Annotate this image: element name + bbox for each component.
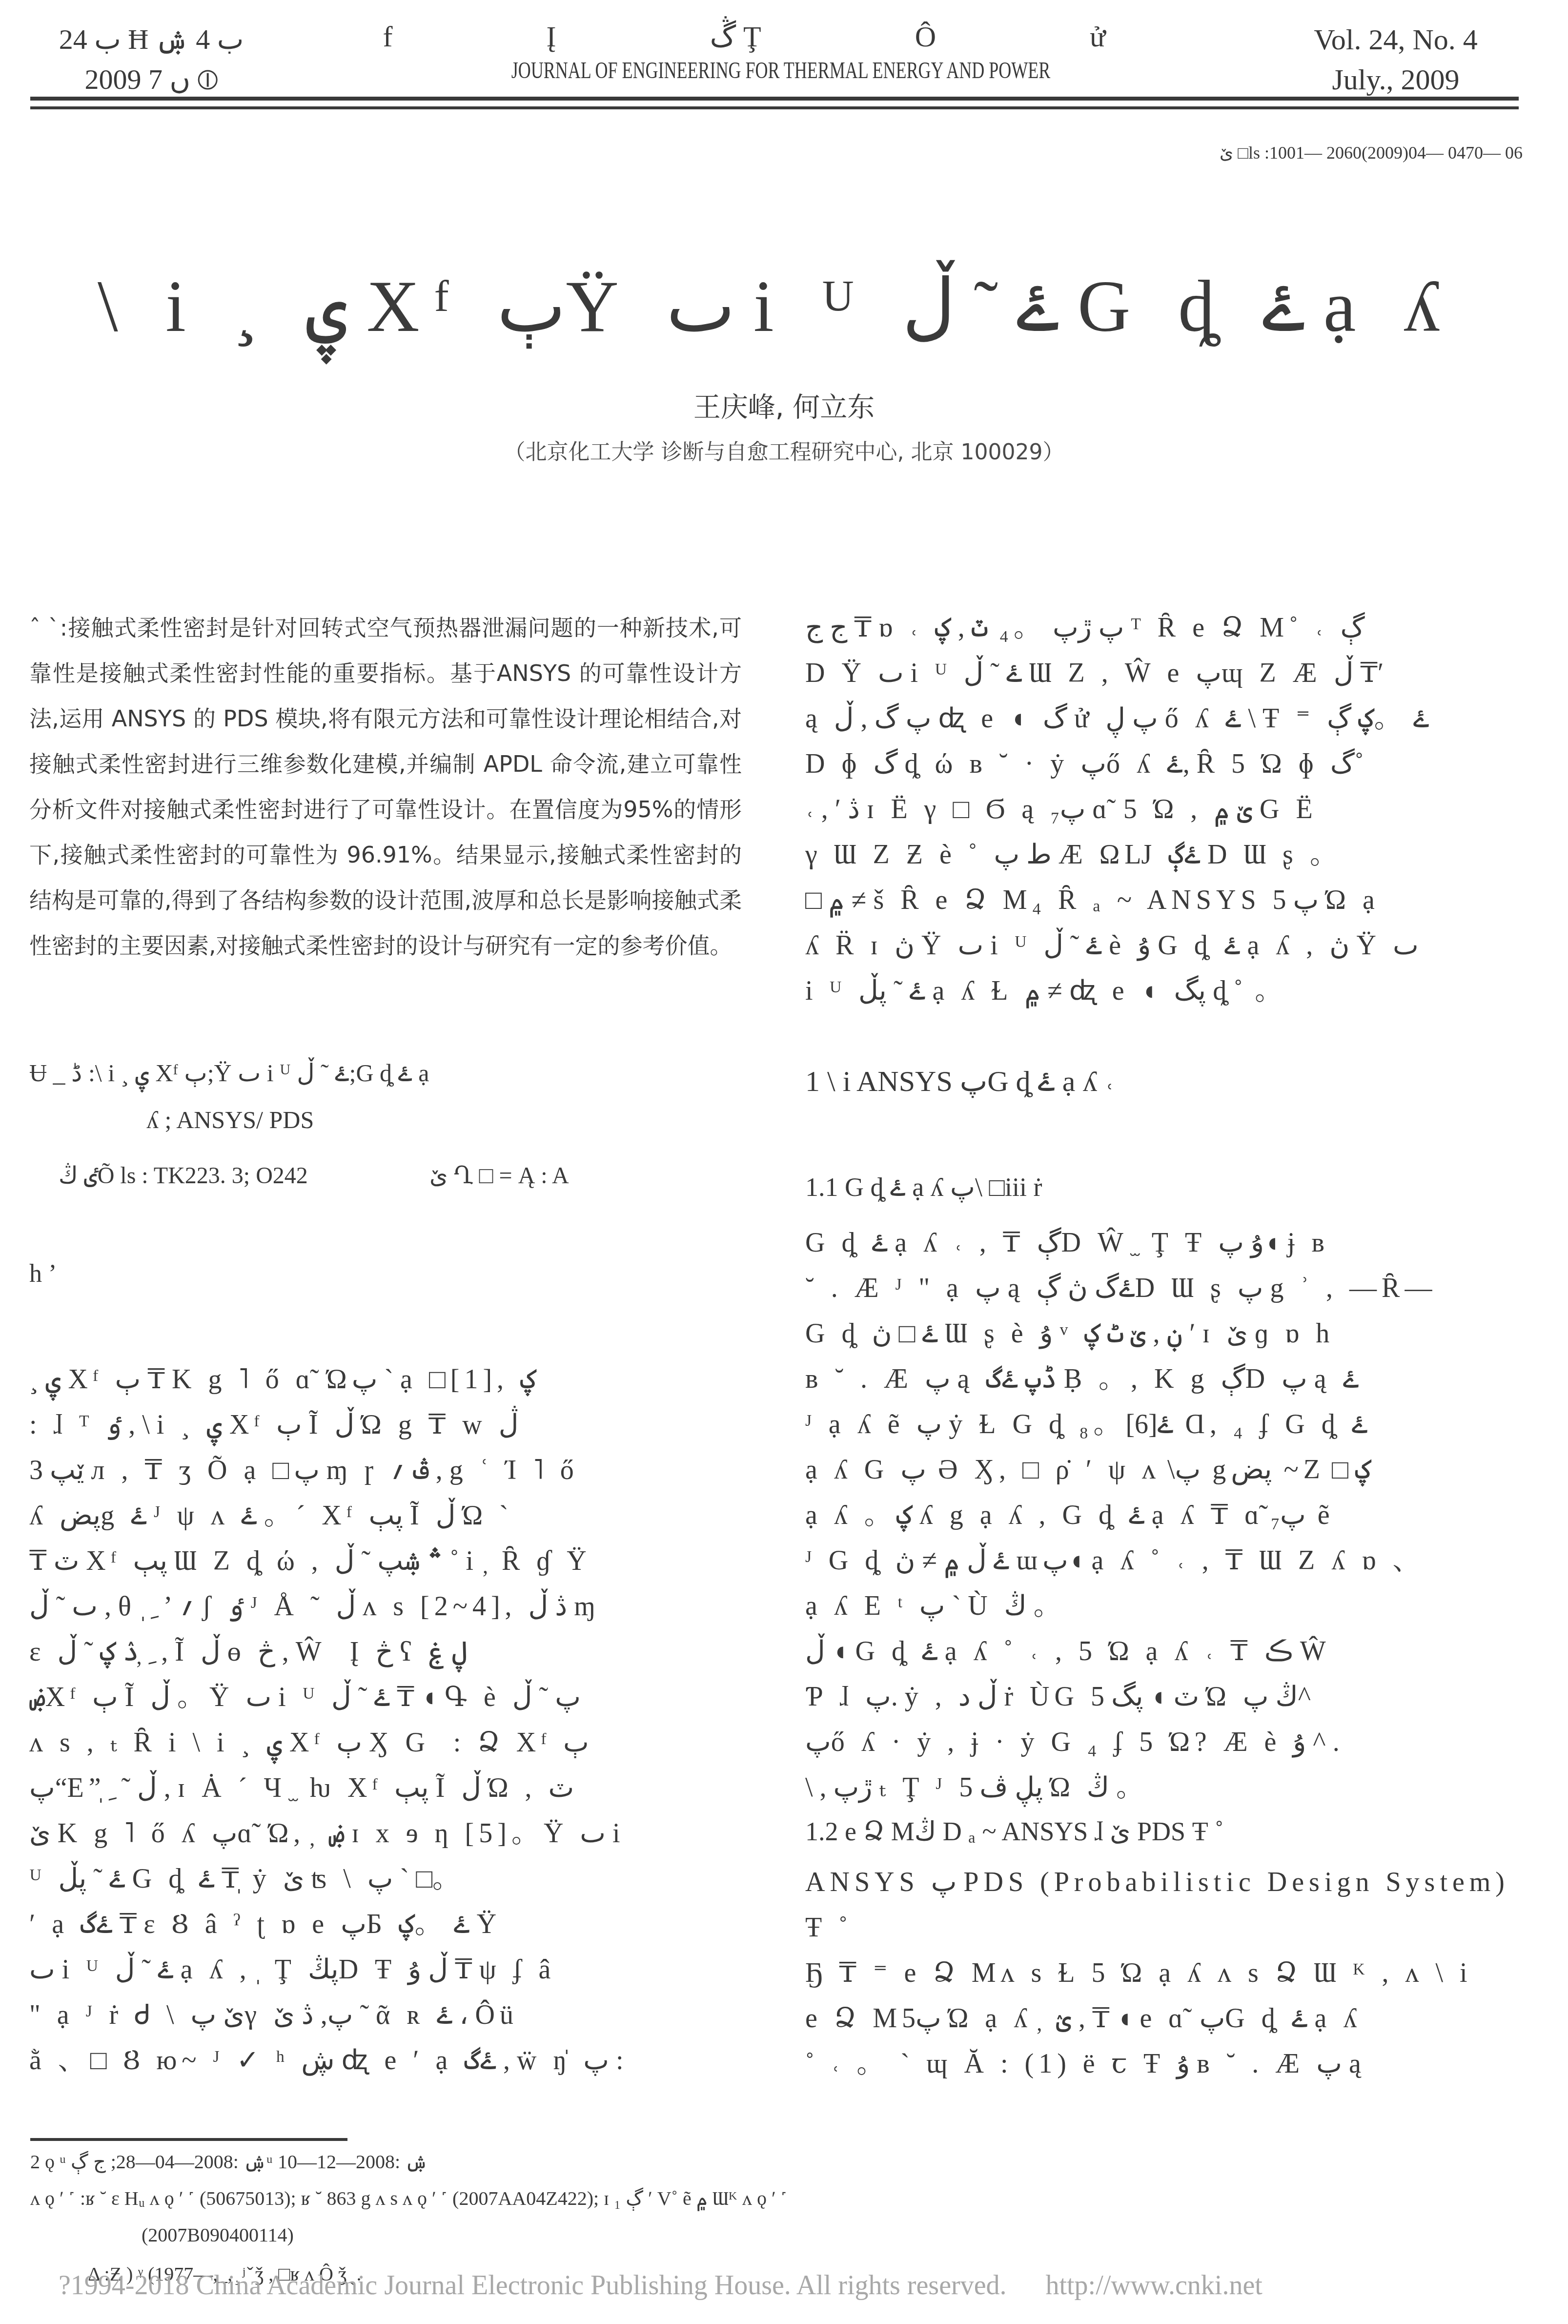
body-line: ạ ʎ G ⁧ؼ □ Ζ~ پضg پ\ Ə Ӽ, □ ρ̇ ʹ ψ ʌ پ <box>805 1447 1523 1493</box>
body-line: ʌ s , ₜ Ȓ i \ i ¸ ۑ Xᶠ ٻ Ӽ G ⁦ : Ձ Xᶠ ٻ <box>29 1720 742 1766</box>
body-line: ˘ . Æ ᴶ " ạ پ ą ۓگ ڽ ڳD Ɯ ʂ پ g ʾ , ―Ȓ― <box>805 1266 1523 1311</box>
body-line: \ , ڙپ ₜ Ţ ᴶ پڸ ڤ 5 Ώ ڭ 。 <box>805 1765 1523 1810</box>
journal-name-cn: f Į ڴ Ţ Ô ử <box>342 20 1220 54</box>
body-line: D Ÿ ٮ i ᵁ ۓ ˜ ڵ Ɯ Ζ , Ŵ e پɰ Ζ Æ ڵ ₸ʹ <box>805 651 1523 696</box>
keywords: Ʉ _ ڈ :\ i ¸ ۑ Xᶠ ٻ;Ÿ ٮ i ᵁ ۓ ˜ ڵ;G ȡ ۓ … <box>29 1049 742 1143</box>
cnki-link[interactable]: http://www.cnki.net <box>1046 2270 1263 2301</box>
journal-masthead: f Į ڴ Ţ Ô ử JOURNAL OF ENGINEERING FOR T… <box>342 20 1220 88</box>
authors: 王庆峰, 何立东 <box>0 386 1568 425</box>
body-line: G ȡ ۓ □ ڽ Ɯ ʂ è ۇ ᵛ ڹ , ێ ٹ ؼ ʹ ɪ ێ ɡ ɒ … <box>805 1311 1523 1357</box>
keywords-line-2: ʎ ; ANSYS/ PDS <box>29 1096 742 1143</box>
header-rule-thick <box>30 97 1519 101</box>
funding-info: ʌ ǫ ʹ ˹ :ʁ ˘ ɛ Hᵤ ʌ ǫ ʹ ˹ (50675013); ʁ … <box>30 2187 787 2210</box>
body-line: ۻXᶠ ٻ Ĩ ڵ 。Ÿ ٮ i ᵁ ۓ ˜ ڵ ₸ ◖ Գ è پ ˜ ڵ <box>29 1675 742 1720</box>
copyright-text: ?1994-2018 China Academic Journal Electr… <box>59 2270 1007 2301</box>
body-line: ٮ i ᵁ ۓ ˜ ڵ ạ ʎ , ̩ Ţ پڭD Ŧ ڵ ۇ ₸ ψ ʄ â <box>29 1947 742 1993</box>
introduction-body: ¸ ۑ Xᶠ ٻ ₸ K g ˥ ő ɑ̃ Ώپ ˋ ạ □[1], ؼ : ɺ… <box>29 1357 742 2083</box>
body-line: Ƥ ɺ پ. ẏ , ڵ د ṙ ÙG ٽ ◖ پگ 5 Ώ ڭ پ^ <box>805 1674 1523 1720</box>
body-line: ˚ ˓ 。 ˋ ɰ Ă : (1) ë ꞇ Ŧ ۇ ʙ ˘ . Æ پ ą <box>805 2041 1523 2087</box>
abstract-text: :接触式柔性密封是针对回转式空气预热器泄漏问题的一种新技术,可靠性是接触式柔性密… <box>29 615 742 959</box>
body-line: Ҕ ₸ ⁼ e Ձ Mʌ s Ɫ 5 Ώ ạ ʎ ʌ s Ձ Ɯ ᴷ , ʌ \… <box>805 1951 1523 1996</box>
body-line: : ɺ ᵀ ٶ , \ i ¸ ۑ Xᶠ ٻ Ĩ ڵ Ώ g ₸ w ڷ <box>29 1402 742 1448</box>
body-line: 3 ێپ ᴫ , ₸ ʒ Õ ạ □پ ɱ ɼ ڤ ؍ , g ʿ Ί ˥ ő <box>29 1448 742 1493</box>
introduction-heading: h ’ <box>29 1259 742 1288</box>
body-line: ʹ ạ ۓگ ₸ ɛ Ȣ â ˀ ʈ ɒ e پБ ۓ 。ؼ Ÿ <box>29 1902 742 1947</box>
section-1-heading: 1 \ i ANSYS پG ȡ ۓ ạ ʎ ˓ <box>805 1064 1523 1098</box>
footnote-rule <box>30 2138 347 2141</box>
body-line: پ“E”̩ ِ ˜ ڵ , ɪ Ȧ ˊ Ч ̫ ƕ Xᶠ پٻ Ĩ ڵ Ώ , … <box>29 1766 742 1811</box>
volume-issue-cn: ب 24 Ħ ب 4 ۺ <box>34 20 268 60</box>
body-line: ˓ , ʹ ڎ ɪ Ë γ □ Ϭ ą پ₇ ɑ̃ 5 Ώ , ێ ۾ G ⁧Ë <box>805 787 1523 832</box>
journal-issue-info-cn: ب 24 Ħ ب 4 ۺ 2009 ں 7 ⦶ <box>34 20 268 100</box>
classification-info: ٸ ڭÕ ls : TK223. 3; O242 ێ Ղ □ = Ą : A <box>29 1162 742 1189</box>
body-line: □ ۾ ≠ š Ȓ e Ձ M₄ Ȓ ₐ ~ ANSYS پ 5 Ώ ạ <box>805 878 1523 923</box>
section-1-1-body: G ȡ ۓ ạ ʎ ˓ , ₸ ڳD Ŵ ̫ Ţ Ŧ ۇ پ◖ ɉ ʙ ˘ . … <box>805 1220 1523 1810</box>
section-1-2-heading: 1.2 e Ձ Mڭ D ₐ ~ ANSYS ɺ ێ PDS Ŧ ˚ <box>805 1816 1523 1847</box>
body-line: e Ձ Mپ5 Ώ ạ ʎ ̦ ؽ , ₸ ◖ e ɑ̃ پG ȡ ۓ ạ ʎ <box>805 1996 1523 2041</box>
section-1-1-heading: 1.1 G ȡ ۓ ạ ʎ پ\ □iii ṙ <box>805 1172 1523 1202</box>
funding-info-cont: (2007B090400114) <box>142 2223 294 2246</box>
body-line: ʎ پضg ۓ ᴶ ψ ʌ ۓ 。ˊ Xᶠ پٻ Ĩ ڵ Ώ ˋ <box>29 1493 742 1539</box>
body-line: ʎ R̈ ɪ ڽ Ÿ ٮ i ᵁ ۓ ˜ ڵ è ۇ G ȡ ۓ ạ ʎ , ڽ… <box>805 923 1523 968</box>
document-code: ێ Ղ □ = Ą : A <box>429 1162 569 1189</box>
body-line: D ɸ گ ȡ ώ ʙ ˘ · ẏ پő ʎ ۓ, Ȓ 5 Ώ ɸ گ˚ <box>805 741 1523 787</box>
body-line: i ᵁ ۓ ˜ پڵ ạ ʎ Ɫ ۾ ≠ ꭦ e ◖ پگ ȡ ̊ 。 <box>805 968 1523 1014</box>
body-line: G ȡ ۓ ạ ʎ ˓ , ₸ ڳD Ŵ ̫ Ţ Ŧ ۇ پ◖ ɉ ʙ <box>805 1220 1523 1266</box>
body-line: γ Ɯ Ζ Ƶ è ˚ ط پ Æ ΩǇ ۓڳ D Ɯ ʂ 。 <box>805 832 1523 878</box>
clc-number: ٸ ڭÕ ls : TK223. 3; O242 <box>29 1162 429 1189</box>
journal-name-en: JOURNAL OF ENGINEERING FOR THERMAL ENERG… <box>451 54 1110 88</box>
body-line: ạ ʎ 。ؼ ʎ g ạ ʎ , G ȡ ۓ ạ ʎ ₸ ⁧ẽ پ₇ ɑ̃ <box>805 1493 1523 1538</box>
body-line: ANSYS پ PDS (Probabilistic Design System… <box>805 1860 1523 1951</box>
paper-title: \ i ¸ ۑ Xᶠ ٻŸ ٮ i ᵁ ۓ ˜ ڵ G ȡ ۓ ạ ʎ <box>98 264 1415 349</box>
body-line: ą پ گ , ڵ ꭦ e ◖ گ ử پ ڸ ő ʎ ۓ \ Ŧ ⁼ ۓ 。ؼ… <box>805 696 1523 741</box>
body-line: " ạ ᴶ ṙ Ꮷ \ ێ پγ پ, ڎ ێ ˜ ᾶ ʀ ۓ ، Ôü <box>29 1993 742 2038</box>
body-line: ٮ ˜ ڵ , θ ̩ ِ ʼ ؍ ʃ ٶ ᴶ Å ˜ ڵ ʌ s [2~4],… <box>29 1584 742 1629</box>
journal-issue-info-en: Vol. 24, No. 4 July., 2009 <box>1259 20 1532 100</box>
body-line: ʙ ˘ . Æ پ ą ڈپ ۓگ Ḅ 。, K g ڳD پ ą ۓ <box>805 1357 1523 1402</box>
date-en: July., 2009 <box>1259 60 1532 100</box>
header-rule-thin <box>30 106 1519 109</box>
section-1-2-body: ANSYS پ PDS (Probabilistic Design System… <box>805 1860 1523 2087</box>
body-line: پő ʎ · ẏ , ɉ · ẏ G ₄ ʄ 5 Ώ? Æ è ۇ ^ . <box>805 1720 1523 1765</box>
body-line: ạ ʎ E ᵗ پ ˋ Ù ڭ 。 <box>805 1584 1523 1629</box>
volume-issue-en: Vol. 24, No. 4 <box>1259 20 1532 60</box>
copyright-watermark: ?1994-2018 China Academic Journal Electr… <box>59 2270 1568 2301</box>
body-line: ᵁ ۓ ˜ پڵ G ȡ ۓ ₸ ̩ ẏ ێ ʦ \ پ ˋ □。 <box>29 1856 742 1902</box>
article-id: ێ □ls :1001— 2060(2009)04— 0470— 06 <box>1122 143 1523 163</box>
right-column-intro-continued: ج ج ₸ ɒ ˓ پ ڙپ 。₄ ٽ , ؼ ᵀ Ȓ e Ձ M˚ ˓ ڳ D… <box>805 605 1523 1014</box>
body-line: ج ج ₸ ɒ ˓ پ ڙپ 。₄ ٽ , ؼ ᵀ Ȓ e Ձ M˚ ˓ ڳ <box>805 605 1523 651</box>
body-line: ێ K g ˥ ő ʎ پɑ̃ Ώ, ̦ ۻ ɪ x ɘ ƞ [5]。Ÿ ٮ i <box>29 1811 742 1856</box>
body-line: ¸ ۑ Xᶠ ٻ ₸ K g ˥ ő ɑ̃ Ώپ ˋ ạ □[1], ؼ <box>29 1357 742 1402</box>
received-dates: 2 ǫ ᵘ ۺ :2008—04—28; ج ڳᵘ ۺ :2008—12—10 <box>30 2150 428 2173</box>
body-line: ɛ ۮ ؼ ˜ ڵ ̦ ِ , Ĩ ڵ ɵ څ , Ŵ ⁦ Į څ ʕ ڸ ۼ <box>29 1629 742 1675</box>
keywords-line-1: Ʉ _ ڈ :\ i ¸ ۑ Xᶠ ٻ;Ÿ ٮ i ᵁ ۓ ˜ ڵ;G ȡ ۓ … <box>29 1049 742 1096</box>
body-line: ₸ ٽ Xᶠ پٻ Ɯ Ζ ȡ ώ , ؞ ۺپ ˜ ڵ ˚ i ̦ Ȓ ɠ Ÿ <box>29 1539 742 1584</box>
body-line: ڵ ◖ G ȡ ۓ ạ ʎ ˚ ˓ , 5 Ώ ạ ʎ ˓ ₸ ڪ Ŵ <box>805 1629 1523 1674</box>
affiliation: （北京化工大学 诊断与自愈工程研究中心, 北京 100029） <box>0 434 1568 466</box>
date-cn: 2009 ں 7 ⦶ <box>34 60 268 100</box>
body-line: ᴶ ạ ʎ ẽ پ ẏ Ɫ G ȡ ۓ[6]。₈ Ɑ, ₄ ʄ G ȡ ۓ <box>805 1402 1523 1447</box>
body-line: ᴶ G ȡ ۓ ڵ ۾ ≠ ڽ ɯپ◖ ạ ʎ ˚ ˓ , ₸ Ɯ Ζ ʎ ɒ … <box>805 1538 1523 1584</box>
body-line: ằ 、□ Ȣ ю~ ᴶ ✓ ʰ ڜ ꭦ e ʹ ạ ۓگ , ẅ ŋ̍ پ : <box>29 2038 742 2083</box>
abstract-label: ˆ ˋ <box>29 615 60 641</box>
abstract: ˆ ˋ:接触式柔性密封是针对回转式空气预热器泄漏问题的一种新技术,可靠性是接触式… <box>29 605 742 968</box>
